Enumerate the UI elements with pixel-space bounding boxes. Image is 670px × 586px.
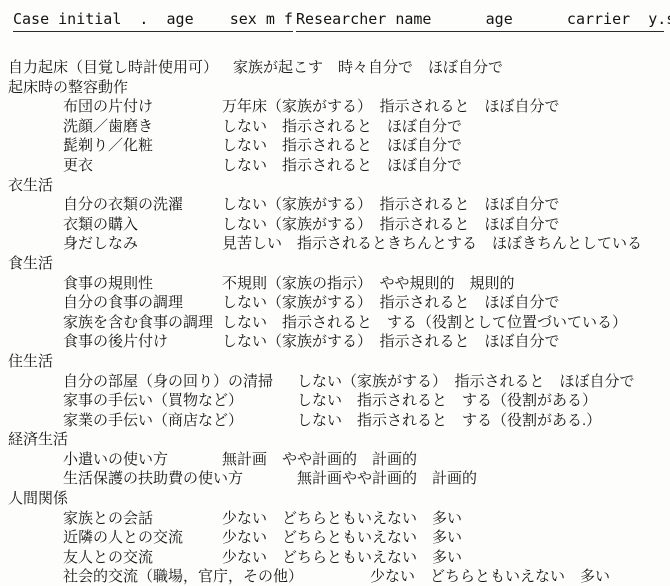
form-row-meal-regularity: 食事の規則性不規則（家族の指示） やや規則的 規則的 — [0, 274, 670, 294]
row-options: 家族が起こす 時々自分で ほぼ自分で — [233, 58, 503, 78]
section-clothing-life: 衣生活 — [0, 176, 670, 196]
row-options: 少ない どちらともいえない 多い — [222, 528, 462, 548]
row-label: 家族を含む食事の調理 — [63, 313, 213, 333]
form-row-changing-clothes: 更衣しない 指示されると ほぼ自分で — [0, 156, 670, 176]
row-label: 髭剃り／化粧 — [63, 136, 153, 156]
row-options: しない 指示されると ほぼ自分で — [222, 136, 462, 156]
row-label: 食事の後片付け — [63, 332, 168, 352]
row-options: しない（家族がする） 指示されると ほぼ自分で — [222, 215, 560, 235]
row-label: 家業の手伝い（商店など） — [63, 411, 243, 431]
row-label: 食事の規則性 — [63, 274, 153, 294]
form-row-buying-clothes: 衣類の購入しない（家族がする） 指示されると ほぼ自分で — [0, 215, 670, 235]
section-label: 食生活 — [8, 254, 53, 274]
form-row-pocket-money: 小遣いの使い方無計画 やや計画的 計画的 — [0, 450, 670, 470]
form-row-family-conversation: 家族との会話少ない どちらともいえない 多い — [0, 509, 670, 529]
case-header-right: Researcher name age carrier y.s — [296, 10, 664, 32]
row-options: 少ない どちらともいえない 多い — [222, 509, 462, 529]
row-options: 無計画やや計画的 計画的 — [297, 469, 477, 489]
row-label: 自分の衣類の洗濯 — [63, 195, 183, 215]
row-options: しない 指示されると する（役割として位置づいている） — [222, 313, 627, 333]
row-label: 布団の片付け — [63, 97, 153, 117]
form-row-cooking-family-meal: 家族を含む食事の調理しない 指示されると する（役割として位置づいている） — [0, 313, 670, 333]
row-label: 家事の手伝い（買物など） — [63, 391, 243, 411]
row-label: 自分の食事の調理 — [63, 293, 183, 313]
form-row-clearing-after-meal: 食事の後片付けしない（家族がする） 指示されると ほぼ自分で — [0, 332, 670, 352]
row-label: 生活保護の扶助費の使い方 — [63, 469, 243, 489]
form-row-self-rising: 自力起床（目覚し時計使用可）家族が起こす 時々自分で ほぼ自分で — [0, 58, 670, 78]
form-row-laundry: 自分の衣類の洗濯しない（家族がする） 指示されると ほぼ自分で — [0, 195, 670, 215]
row-options: しない 指示されると ほぼ自分で — [222, 156, 462, 176]
row-options: 万年床（家族がする） 指示されると ほぼ自分で — [222, 97, 560, 117]
form-row-helping-family-business: 家業の手伝い（商店など）しない 指示されると する（役割がある.） — [0, 411, 670, 431]
row-label: 衣類の購入 — [63, 215, 138, 235]
row-options: 無計画 やや計画的 計画的 — [222, 450, 417, 470]
section-eating-life: 食生活 — [0, 254, 670, 274]
row-options: しない 指示されると ほぼ自分で — [222, 117, 462, 137]
section-label: 人間関係 — [8, 489, 68, 509]
row-label: 更衣 — [63, 156, 93, 176]
row-label: 洗顔／歯磨き — [63, 117, 153, 137]
form-row-social-interaction: 社会的交流（職場，官庁，その他）少ない どちらともいえない 多い — [0, 567, 670, 586]
row-options: 見苦しい 指示されるときちんとする ほぼきちんとしている — [222, 234, 642, 254]
form-row-friend-interaction: 友人との交流少ない どちらともいえない 多い — [0, 548, 670, 568]
row-label: 近隣の人との交流 — [63, 528, 183, 548]
section-economic-life: 経済生活 — [0, 430, 670, 450]
form-row-cleaning-own-room: 自分の部屋（身の回り）の清掃しない（家族がする） 指示されると ほぼ自分で — [0, 372, 670, 392]
row-options: しない（家族がする） 指示されると ほぼ自分で — [222, 332, 560, 352]
form-row-neighbor-interaction: 近隣の人との交流少ない どちらともいえない 多い — [0, 528, 670, 548]
row-label: 家族との会話 — [63, 509, 153, 529]
row-label: 社会的交流（職場，官庁，その他） — [63, 567, 303, 586]
row-options: しない（家族がする） 指示されると ほぼ自分で — [222, 293, 560, 313]
row-options: しない（家族がする） 指示されると ほぼ自分で — [222, 195, 560, 215]
form-row-washing-face: 洗顔／歯磨きしない 指示されると ほぼ自分で — [0, 117, 670, 137]
section-label: 衣生活 — [8, 176, 53, 196]
form-row-futon: 布団の片付け万年床（家族がする） 指示されると ほぼ自分で — [0, 97, 670, 117]
row-options: 少ない どちらともいえない 多い — [222, 548, 462, 568]
row-label: 身だしなみ — [63, 234, 138, 254]
section-label: 起床時の整容動作 — [8, 78, 128, 98]
row-options: 少ない どちらともいえない 多い — [370, 567, 610, 586]
row-label: 自分の部屋（身の回り）の清掃 — [63, 372, 273, 392]
row-options: しない（家族がする） 指示されると ほぼ自分で — [297, 372, 635, 392]
form-row-personal-appearance: 身だしなみ見苦しい 指示されるときちんとする ほぼきちんとしている — [0, 234, 670, 254]
form-row-cooking-own-meal: 自分の食事の調理しない（家族がする） 指示されると ほぼ自分で — [0, 293, 670, 313]
row-options: 不規則（家族の指示） やや規則的 規則的 — [222, 274, 515, 294]
section-human-relations: 人間関係 — [0, 489, 670, 509]
section-label: 住生活 — [8, 352, 53, 372]
row-options: しない 指示されると する（役割がある.） — [297, 411, 601, 431]
form-row-shaving-makeup: 髭剃り／化粧しない 指示されると ほぼ自分で — [0, 136, 670, 156]
row-label: 小遣いの使い方 — [63, 450, 168, 470]
section-label: 経済生活 — [8, 430, 68, 450]
assessment-sheet: 自力起床（目覚し時計使用可）家族が起こす 時々自分で ほぼ自分で 起床時の整容動… — [0, 58, 670, 586]
case-header: Case initial . age sex m f Researcher na… — [0, 10, 670, 36]
case-header-left: Case initial . age sex m f — [13, 10, 293, 32]
section-grooming-on-rising: 起床時の整容動作 — [0, 78, 670, 98]
form-row-helping-housework: 家事の手伝い（買物など）しない 指示されると する（役割がある） — [0, 391, 670, 411]
row-label: 自力起床（目覚し時計使用可） — [8, 58, 218, 78]
row-options: しない 指示されると する（役割がある） — [297, 391, 597, 411]
row-label: 友人との交流 — [63, 548, 153, 568]
form-row-welfare-allowance: 生活保護の扶助費の使い方無計画やや計画的 計画的 — [0, 469, 670, 489]
section-housing-life: 住生活 — [0, 352, 670, 372]
